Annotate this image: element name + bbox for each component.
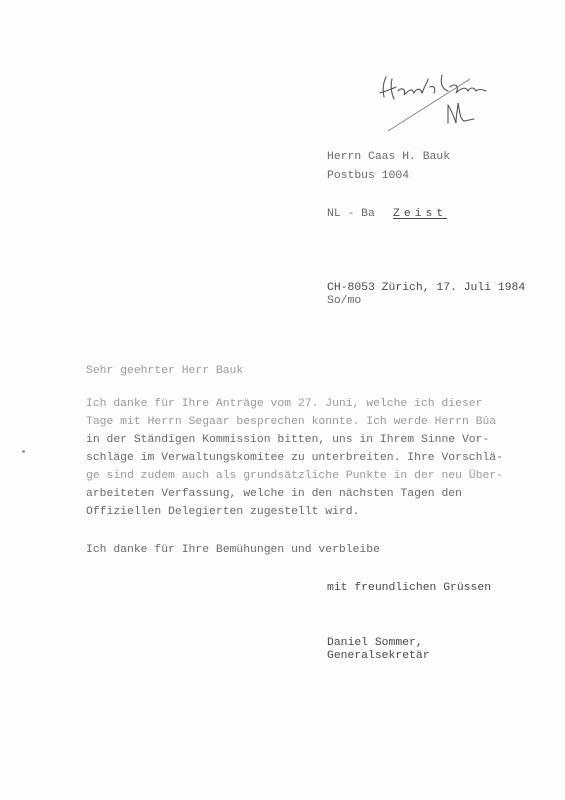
reference-prefix: NL - Ba	[327, 208, 375, 220]
body-line: Ich danke für Ihre Anträge vom 27. Juni,…	[86, 398, 482, 410]
paper-mark	[22, 450, 25, 453]
signatory-title: Generalsekretär	[327, 650, 430, 662]
place-date: CH-8053 Zürich, 17. Juli 1984	[327, 282, 525, 294]
handwritten-annotation	[370, 65, 510, 135]
reference-word: Zeist	[393, 208, 447, 220]
recipient-name: Herrn Caas H. Bauk	[327, 151, 450, 163]
closing-line: Ich danke für Ihre Bemühungen und verble…	[86, 544, 380, 556]
body-line: Offiziellen Delegierten zugestellt wird.	[86, 506, 359, 518]
salutation: Sehr geehrter Herr Bauk	[86, 365, 243, 377]
body-line: ge sind zudem auch als grundsätzliche Pu…	[86, 470, 503, 482]
greeting: mit freundlichen Grüssen	[327, 582, 491, 594]
body-line: arbeiteten Verfassung, welche in den näc…	[86, 488, 462, 500]
body-line: schläge im Verwaltungskomitee zu unterbr…	[86, 452, 503, 464]
signatory-name: Daniel Sommer,	[327, 637, 423, 649]
initials: So/mo	[327, 295, 361, 307]
recipient-address: Postbus 1004	[327, 170, 409, 182]
body-line: in der Ständigen Kommission bitten, uns …	[86, 434, 489, 446]
body-line: Tage mit Herrn Segaar besprechen konnte.…	[86, 416, 496, 428]
